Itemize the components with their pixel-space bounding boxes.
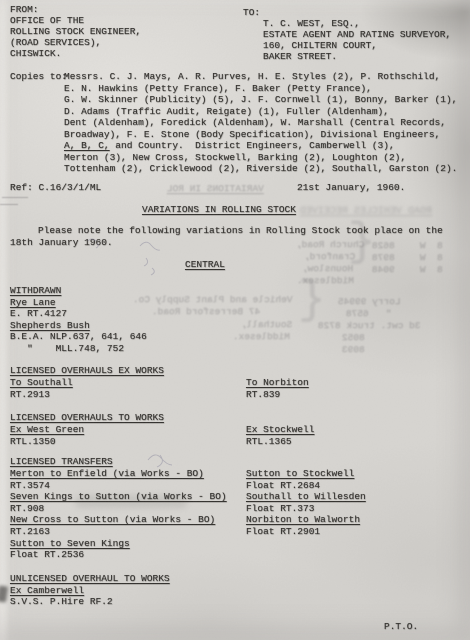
- transfers-left-column: Merton to Enfield (via Works - BO) RT.35…: [10, 468, 227, 561]
- fleet-numbers: " MLL.748, 752: [10, 343, 147, 355]
- page-turn-over-note: P.T.O.: [384, 621, 418, 633]
- ghost-bleedthrough-text: VARIATIONS IN ROL: [167, 183, 264, 195]
- pencil-mark: [0, 204, 18, 205]
- overhaul-entry: To Southall RT.2913: [10, 377, 73, 400]
- from-line: (ROAD SERVICES),: [10, 37, 141, 48]
- pencil-mark: [2, 197, 28, 198]
- overhaul-entry: Ex Stockwell RTL.1365: [246, 424, 314, 447]
- ghost-bleedthrough-text: 8093: [342, 344, 365, 356]
- ghost-bleedthrough-text: 47 Berresford Road.: [152, 306, 260, 318]
- garage-name: Rye Lane: [10, 297, 56, 308]
- document-date: 21st January, 1960.: [297, 182, 405, 194]
- from-line: ROLLING STOCK ENGINEER,: [10, 26, 141, 37]
- from-address-block: FROM: OFFICE OF THE ROLLING STOCK ENGINE…: [10, 4, 141, 59]
- to-line: 160, CHILTERN COURT,: [263, 40, 451, 51]
- copies-line: Broadway), F. E. Stone (Body Specificati…: [64, 129, 457, 141]
- ghost-bleedthrough-text: Southall,: [241, 319, 292, 331]
- from-label: FROM:: [10, 4, 141, 15]
- section-heading-licensed-overhauls-to-works: LICENSED OVERHAULS TO WORKS: [10, 412, 164, 424]
- copies-line: Merton (3), New Cross, Stockwell, Barkin…: [64, 152, 457, 164]
- document-title: VARIATIONS IN ROLLING STOCK: [142, 204, 296, 216]
- withdrawn-section: WITHDRAWN Rye Lane E. RT.4127 Shepherds …: [10, 285, 147, 355]
- copies-line: Dent (Aldenham), Foredick (Aldenham), W.…: [64, 117, 457, 129]
- fleet-numbers: Float RT.373: [246, 503, 366, 515]
- region-heading: CENTRAL: [185, 259, 225, 271]
- transfer-route: New Cross to Sutton (via Works - BO): [10, 514, 215, 525]
- unlicensed-overhaul-section: UNLICENSED OVERHAUL TO WORKS Ex Camberwe…: [10, 573, 170, 608]
- from-line: OFFICE OF THE: [10, 15, 141, 26]
- fleet-numbers: RTL.1365: [246, 436, 314, 448]
- copies-line: A, B, C, and Country. District Engineers…: [64, 140, 457, 152]
- fleet-numbers: RT.2163: [10, 526, 227, 538]
- copies-line: E. N. Hawkins (Petty France), F. Baker (…: [64, 83, 457, 95]
- fleet-numbers: S.V.S. P.Hire RF.2: [10, 596, 170, 608]
- ghost-brace: {: [298, 294, 326, 306]
- ghost-bleedthrough-text: 3d cwt. truck 8728: [318, 320, 421, 332]
- ghost-bleedthrough-text: Middlesex.: [233, 331, 290, 343]
- section-heading-licensed-overhauls-ex-works: LICENSED OVERHAULS EX WORKS: [10, 365, 164, 377]
- intro-paragraph-line: Please note the following variations in …: [38, 225, 443, 237]
- to-line: BAKER STREET.: [263, 51, 451, 62]
- overhaul-entry: To Norbiton RT.839: [246, 377, 309, 400]
- copies-line: G. W. Skinner (Publicity) (5), J. F. Cor…: [64, 94, 457, 106]
- fleet-numbers: RTL.1350: [10, 436, 84, 448]
- copies-line-rest: and Country. District Engineers, Camberw…: [110, 140, 395, 151]
- fleet-numbers: Float RT.2901: [246, 526, 366, 538]
- garage-name: Shepherds Bush: [10, 320, 90, 331]
- to-line: T. C. WEST, ESQ.,: [263, 18, 451, 29]
- withdrawn-heading: WITHDRAWN: [10, 285, 61, 296]
- fleet-numbers: RT.3574: [10, 480, 227, 492]
- to-line: ESTATE AGENT AND RATING SURVEYOR,: [263, 29, 451, 40]
- overhaul-entry: Ex West Green RTL.1350: [10, 424, 84, 447]
- ghost-bleedthrough-text: 8 W 8 W 8 W: [420, 240, 443, 276]
- ghost-bleedthrough-text: Lorry 99945: [338, 296, 401, 308]
- ink-blot: [0, 585, 8, 602]
- scanned-memo-page: VARIATIONS IN ROL ROAD VEHICLES RECEIVED…: [0, 0, 470, 640]
- transfer-route: Sutton to Stockwell: [246, 468, 354, 479]
- route-name: To Norbiton: [246, 377, 309, 388]
- ghost-bleedthrough-text: 8052: [342, 332, 365, 344]
- transfer-route: Norbiton to Walworth: [246, 514, 360, 525]
- section-heading-unlicensed-overhaul: UNLICENSED OVERHAUL TO WORKS: [10, 573, 170, 584]
- route-name: Ex Camberwell: [10, 585, 84, 596]
- transfer-route: Southall to Willesden: [246, 491, 366, 502]
- ghost-bleedthrough-text: " 6578: [346, 308, 392, 320]
- to-label: TO:: [243, 7, 260, 18]
- fleet-numbers: E. RT.4127: [10, 308, 147, 320]
- fleet-numbers: Float RT.2536: [10, 549, 227, 561]
- transfer-route: Seven Kings to Sutton (via Works - BO): [10, 491, 227, 502]
- copies-line: D. Adams (Traffic Audit, Reigate) (1), F…: [64, 106, 457, 118]
- fleet-numbers: B.E.A. NLP.637, 641, 646: [10, 331, 147, 343]
- from-line: CHISWICK.: [10, 48, 141, 59]
- copies-to-list: Messrs. C. J. Mays, A. R. Purves, H. E. …: [64, 71, 457, 175]
- to-address-block: T. C. WEST, ESQ., ESTATE AGENT AND RATIN…: [263, 18, 451, 62]
- reference-number: Ref: C.16/3/1/ML: [10, 182, 101, 194]
- copies-line: Messrs. C. J. Mays, A. R. Purves, H. E. …: [64, 71, 457, 83]
- route-name: Ex West Green: [10, 424, 84, 435]
- fleet-numbers: RT.839: [246, 389, 309, 401]
- copies-line-underlined-part: A, B, C,: [64, 140, 110, 151]
- fleet-numbers: RT.908: [10, 503, 227, 515]
- transfer-route: Sutton to Seven Kings: [10, 538, 130, 549]
- fleet-numbers: Float RT.2684: [246, 480, 366, 492]
- fleet-numbers: RT.2913: [10, 389, 73, 401]
- transfers-right-column: Sutton to Stockwell Float RT.2684 Southa…: [246, 468, 366, 538]
- ghost-bleedthrough-text: Vehicle and Plant Supply Co.: [133, 294, 293, 306]
- section-heading-licensed-transfers: LICENSED TRANSFERS: [10, 456, 113, 468]
- copies-line: Tottenham (2), Cricklewood (2), Riversid…: [64, 163, 457, 175]
- ghost-bleedthrough-text: 8628 8978 9048: [372, 240, 395, 276]
- route-name: Ex Stockwell: [246, 424, 314, 435]
- route-name: To Southall: [10, 377, 73, 388]
- intro-paragraph-line: 18th January 1960.: [10, 237, 113, 249]
- copies-to-label: Copies to:: [10, 71, 67, 83]
- transfer-route: Merton to Enfield (via Works - BO): [10, 468, 204, 479]
